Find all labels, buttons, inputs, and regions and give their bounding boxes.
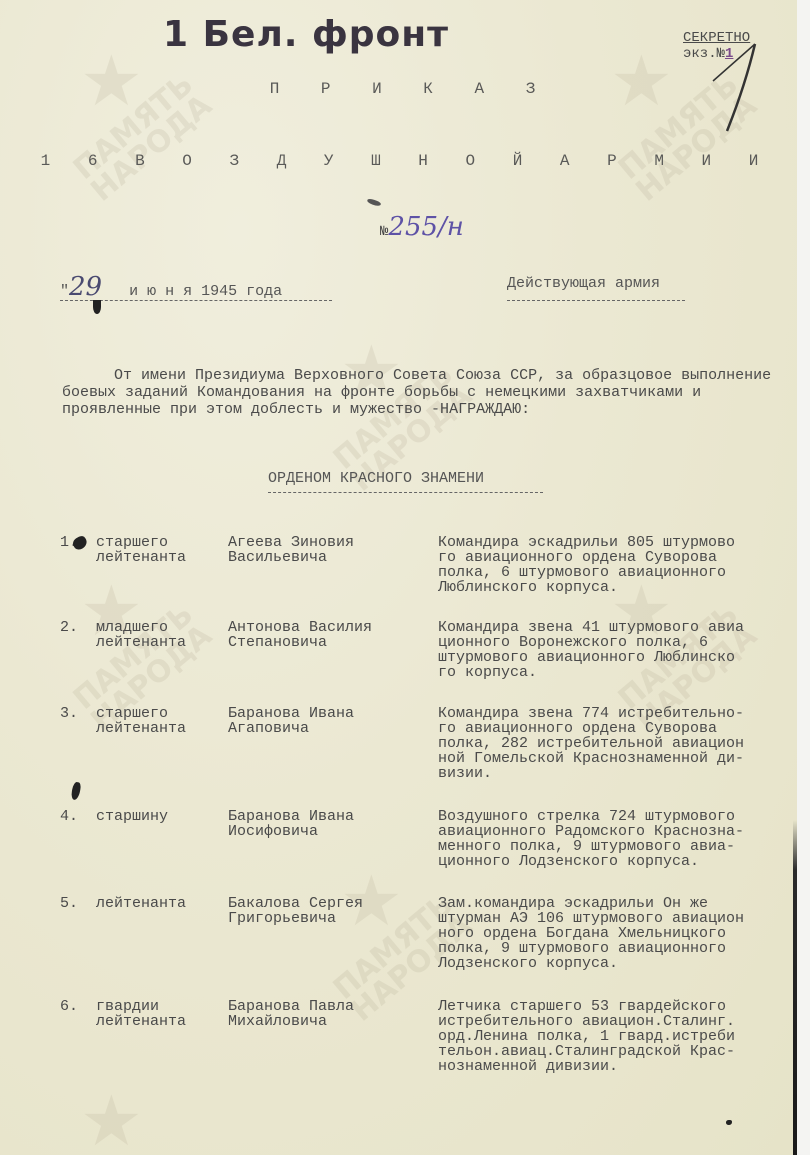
entry-name: Баранова Ивана Иосифовича xyxy=(228,809,428,839)
entry-position: Командира звена 774 истребительно- го ав… xyxy=(438,706,795,781)
entry-number: 6. xyxy=(60,999,94,1014)
date-line: "29 и ю н я 1945 года xyxy=(60,272,282,302)
entry-name: Бакалова Сергея Григорьевича xyxy=(228,896,428,926)
ink-blot xyxy=(70,781,81,800)
front-stamp: 1 Бел. фронт xyxy=(163,14,449,55)
award-title-underline xyxy=(268,492,543,493)
entry-number: 5. xyxy=(60,896,94,911)
entry-name: Антонова Василия Степановича xyxy=(228,620,428,650)
entry-name: Баранова Ивана Агаповича xyxy=(228,706,428,736)
intro-paragraph: От имени Президиума Верховного Совета Со… xyxy=(62,367,792,418)
location-field: Действующая армия xyxy=(507,275,660,292)
entry-position: Летчика старшего 53 гвардейского истреби… xyxy=(438,999,795,1074)
watermark-star-icon: ★ xyxy=(80,1080,143,1155)
entry-number: 2. xyxy=(60,620,94,635)
order-number: №255/н xyxy=(380,212,464,242)
document-type: П Р И К А З xyxy=(0,80,797,98)
ink-blot xyxy=(93,300,101,314)
entry-position: Воздушного стрелка 724 штурмового авиаци… xyxy=(438,809,795,869)
award-title: ОРДЕНОМ КРАСНОГО ЗНАМЕНИ xyxy=(268,470,484,487)
entry-position: Командира эскадрильи 805 штурмово го ави… xyxy=(438,535,795,595)
army-title: 1 6 В О З Д У Ш Н О Й А Р М И И xyxy=(0,152,797,170)
document-page: ★ ПАМЯТЬ НАРОДА ★ ПАМЯТЬ НАРОДА ★ ПАМЯТЬ… xyxy=(0,0,797,1155)
page-edge-shadow xyxy=(793,820,797,1155)
entry-number: 3. xyxy=(60,706,94,721)
entry-name: Баранова Павла Михайловича xyxy=(228,999,428,1029)
entry-position: Командира звена 41 штурмового авиа ционн… xyxy=(438,620,795,680)
entry-name: Агеева Зиновия Васильевича xyxy=(228,535,428,565)
order-number-value: 255/н xyxy=(388,212,464,242)
date-day: 29 xyxy=(69,272,102,302)
ink-blot xyxy=(367,198,382,207)
ink-blot xyxy=(726,1120,732,1125)
date-month-year: и ю н я 1945 года xyxy=(129,283,282,300)
entry-position: Зам.командира эскадрильи Он же штурман А… xyxy=(438,896,795,971)
date-quote: " xyxy=(60,283,69,300)
location-underline xyxy=(507,300,685,301)
entry-number: 4. xyxy=(60,809,94,824)
